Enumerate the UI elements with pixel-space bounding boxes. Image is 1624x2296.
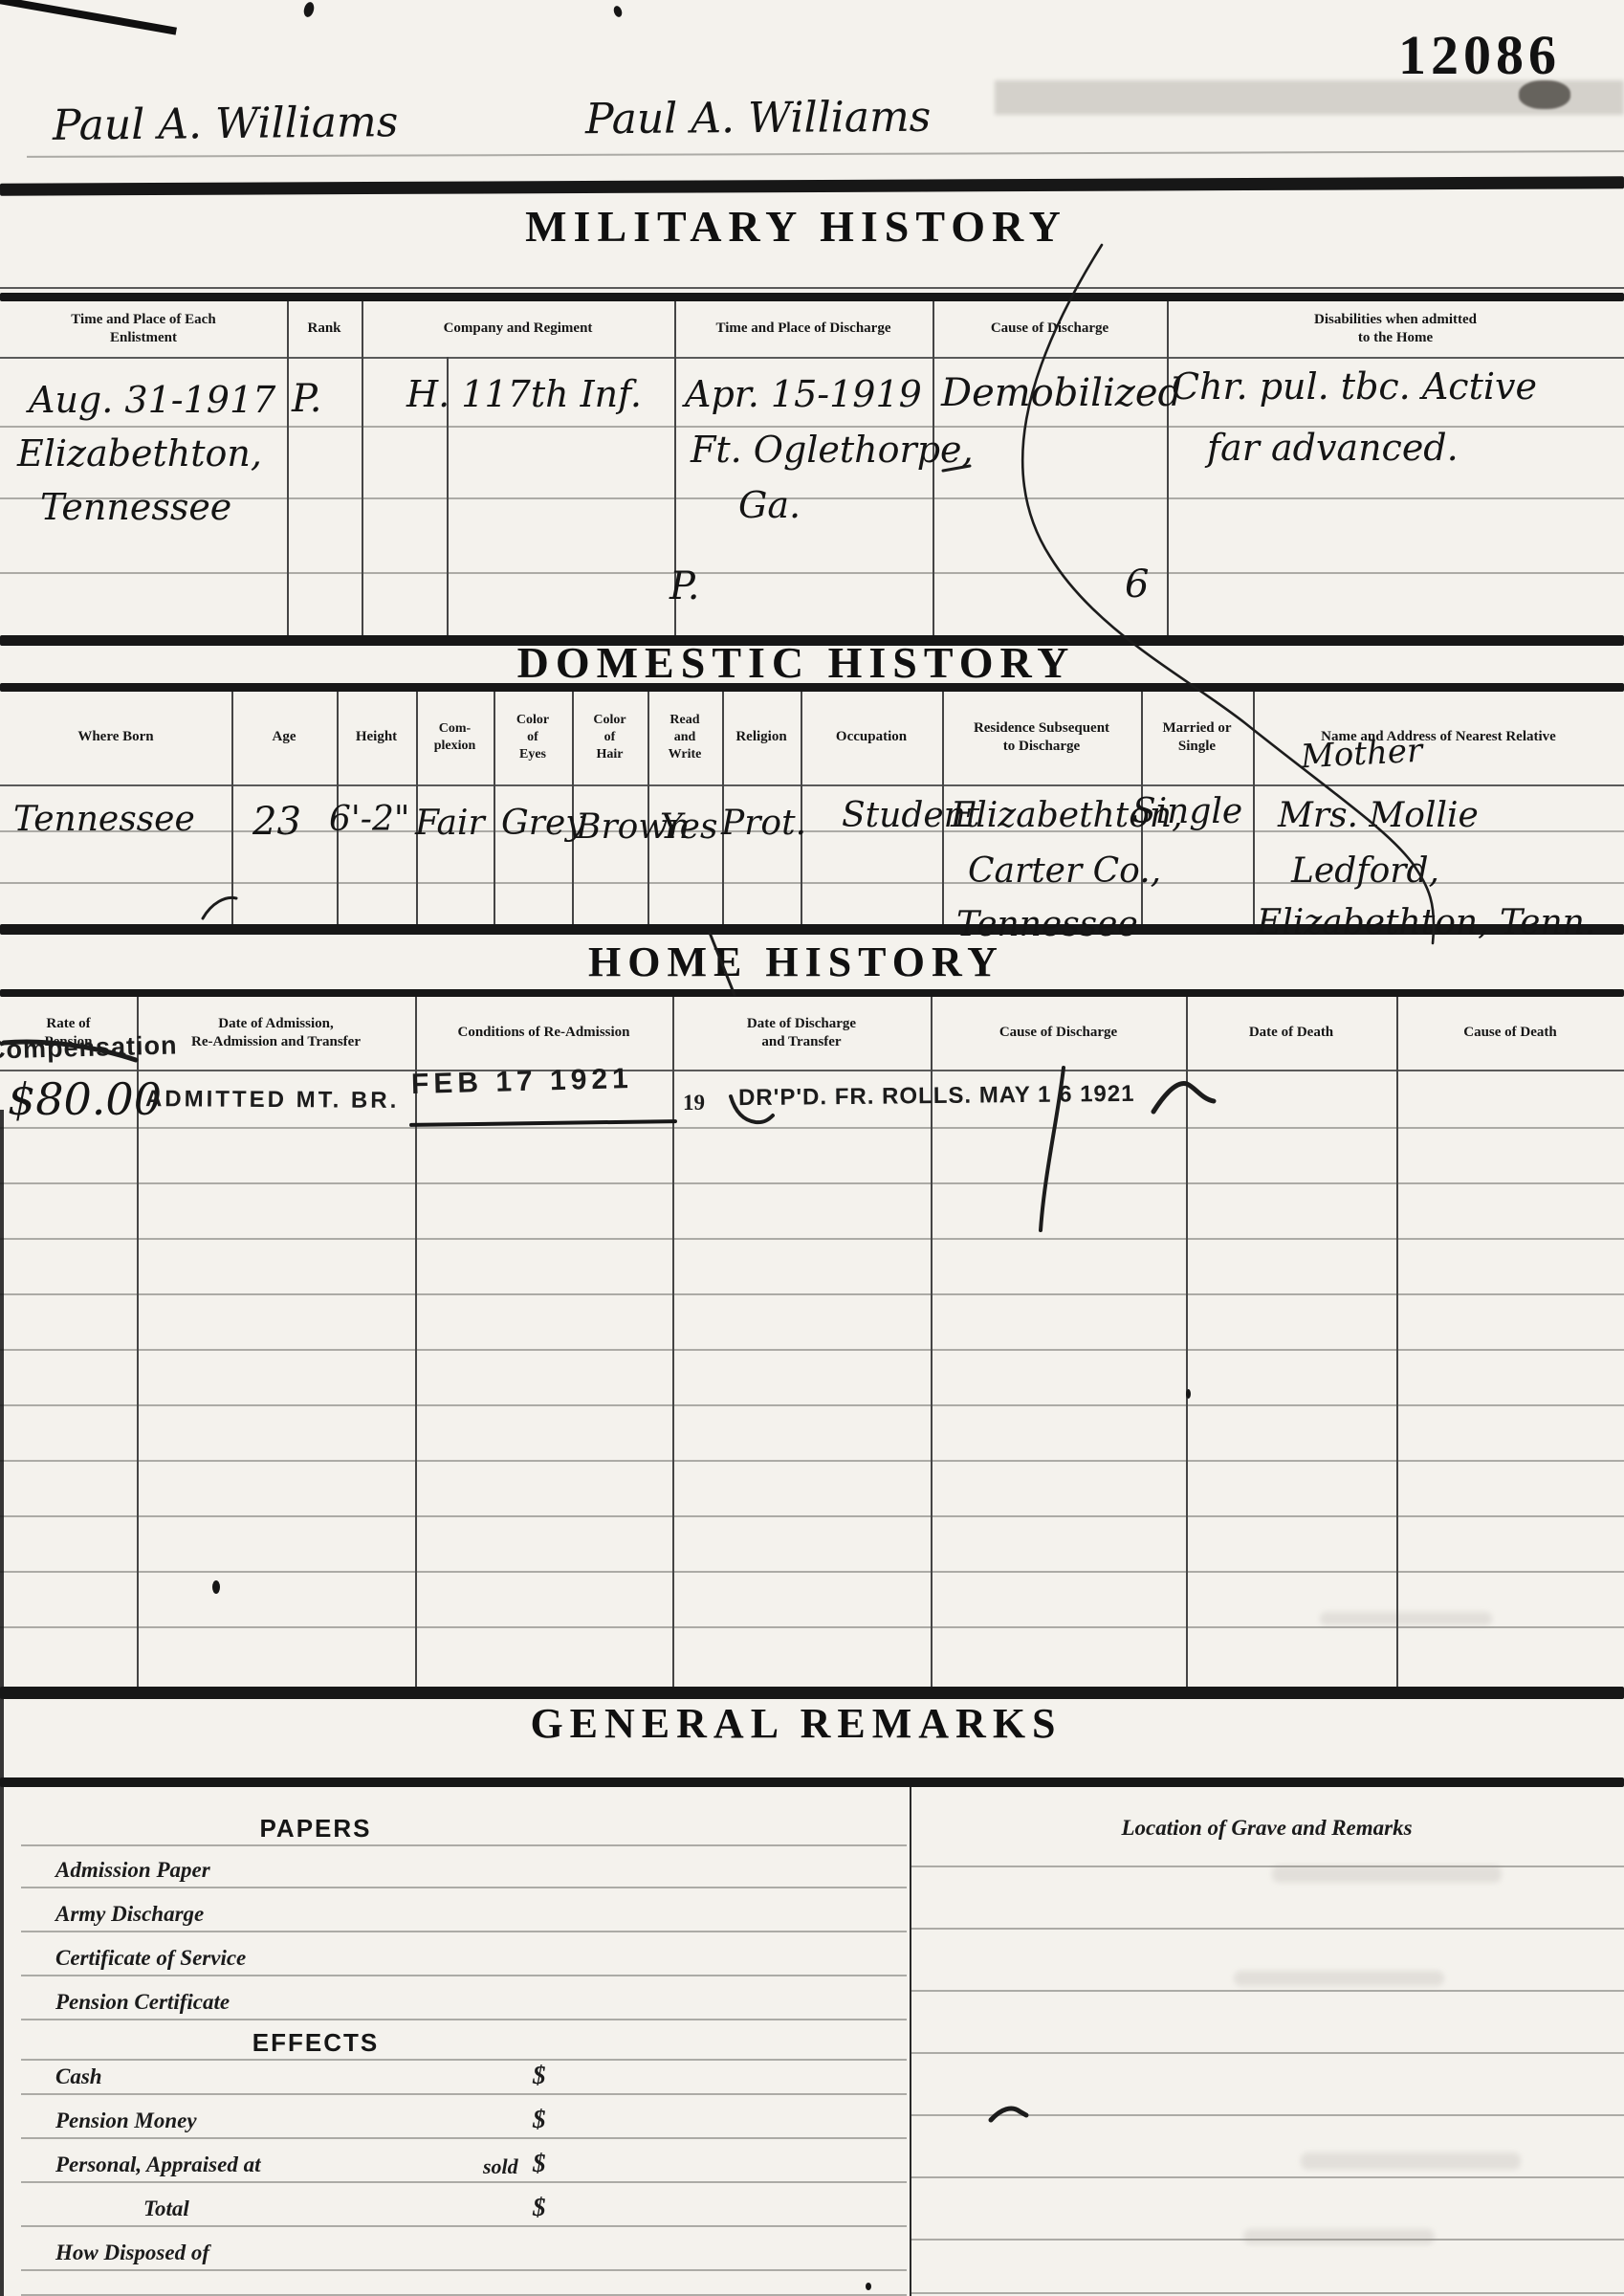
dollar-sign: $ <box>533 2061 546 2090</box>
entry-disabilities-line2: far advanced. <box>1207 427 1459 469</box>
ruled-line <box>910 1928 1624 1930</box>
entry-religion: Prot. <box>721 804 806 843</box>
compensation-stamp: Compensation <box>0 1030 178 1065</box>
entry-relative-line2: Ledford, <box>1291 851 1439 891</box>
dollar-sign: $ <box>533 2105 546 2134</box>
col-header-married-single: Married or Single <box>1141 692 1253 784</box>
entry-company: H. 117th Inf. <box>406 373 642 415</box>
effects-heading: EFFECTS <box>172 2028 459 2058</box>
printed-year: 19 <box>683 1091 705 1115</box>
effects-item-cash: Cash <box>55 2064 102 2089</box>
entry-discharge-date: Apr. 15-1919 <box>685 373 922 415</box>
col-header-complexion: Com- plexion <box>416 692 494 784</box>
papers-item-army-discharge: Army Discharge <box>55 1902 204 1927</box>
admitted-stamp: ADMITTED MT. BR. <box>145 1086 400 1115</box>
ruled-line <box>910 1990 1624 1992</box>
speck <box>302 1 316 18</box>
dollar-sign: $ <box>533 2149 546 2178</box>
col-header-eyes: Color of Eyes <box>494 692 572 784</box>
ruled-line <box>21 2137 907 2139</box>
col-header-where-born: Where Born <box>0 692 231 784</box>
ruled-line <box>21 1887 907 1888</box>
entry-complexion: Fair <box>415 804 485 843</box>
ruled-line <box>0 1404 1624 1406</box>
col-header-cause-death: Cause of Death <box>1396 997 1624 1070</box>
entry-age: 23 <box>252 800 301 844</box>
col-header-age: Age <box>231 692 337 784</box>
ruled-line <box>21 2019 907 2020</box>
col-header-enlistment: Time and Place of Each Enlistment <box>0 301 287 357</box>
general-remarks-title: GENERAL REMARKS <box>0 1699 1592 1748</box>
col-header-admission: Date of Admission, Re-Admission and Tran… <box>137 997 415 1070</box>
ruled-line <box>21 1844 907 1846</box>
ruled-line <box>0 1349 1624 1351</box>
effects-item-personal: Personal, Appraised at <box>55 2152 260 2177</box>
remarks-divider-line <box>910 1787 911 2296</box>
rule <box>0 1777 1624 1787</box>
stamp-underline <box>409 1119 677 1127</box>
speck <box>612 5 624 18</box>
dollar-sign: $ <box>533 2193 546 2222</box>
ruled-line <box>0 1182 1624 1184</box>
ruled-line <box>21 1975 907 1976</box>
pen-note-p: P. <box>669 564 700 608</box>
col-header-readmission: Conditions of Re-Admission <box>415 997 672 1070</box>
case-number: 12086 <box>1398 23 1561 87</box>
bleedthrough-smudge <box>1234 1971 1444 1986</box>
effects-item-pension-money: Pension Money <box>55 2108 197 2133</box>
col-header-company: Company and Regiment <box>362 301 674 357</box>
ruled-line <box>0 1626 1624 1628</box>
entry-residence-line2: Carter Co., <box>968 851 1161 891</box>
ruled-line <box>0 497 1624 499</box>
entry-read-write: Yes <box>660 807 717 847</box>
caret-mark <box>1153 1083 1214 1112</box>
entry-residence-line3: Tennessee <box>956 905 1138 944</box>
entry-enlistment-place: Elizabethton, <box>17 432 262 475</box>
entry-eyes: Grey <box>501 804 585 843</box>
col-header-hair: Color of Hair <box>572 692 647 784</box>
home-history-title: HOME HISTORY <box>0 938 1592 986</box>
rule <box>0 293 1624 301</box>
ruled-line <box>0 1293 1624 1295</box>
ruled-line <box>910 2052 1624 2054</box>
entry-cause-of-discharge: Demobilized <box>941 371 1182 415</box>
grid-line <box>1396 997 1398 1689</box>
papers-item-cert-service: Certificate of Service <box>55 1946 246 1971</box>
ruled-line <box>0 1515 1624 1517</box>
papers-item-pension-cert: Pension Certificate <box>55 1990 230 2015</box>
grave-heading: Location of Grave and Remarks <box>910 1816 1624 1841</box>
col-header-cause-discharge: Cause of Discharge <box>931 997 1186 1070</box>
col-header-religion: Religion <box>722 692 801 784</box>
entry-relative-label: Mother <box>1300 732 1423 777</box>
domestic-history-title: DOMESTIC HISTORY <box>0 637 1592 688</box>
rule <box>0 357 1624 359</box>
bleedthrough-smudge <box>1301 2152 1521 2170</box>
bleedthrough-smudge <box>1243 2229 1435 2244</box>
rule <box>0 287 1624 289</box>
name-written-right: Paul A. Williams <box>585 93 932 144</box>
bleedthrough-smudge <box>1272 1865 1502 1883</box>
ruled-line <box>21 2181 907 2183</box>
rule <box>0 1070 1624 1071</box>
effects-item-total: Total <box>143 2197 189 2221</box>
record-document-page: 12086 Paul A. Williams Paul A. Williams … <box>0 0 1624 2296</box>
name-written-left: Paul A. Williams <box>53 98 399 150</box>
entry-height: 6'-2" <box>329 800 409 839</box>
dropped-from-rolls-stamp: DR'P'D. FR. ROLLS. MAY 1 6 1921 <box>738 1081 1135 1112</box>
speck <box>1186 1389 1191 1399</box>
col-header-cause: Cause of Discharge <box>933 301 1167 357</box>
col-header-height: Height <box>337 692 416 784</box>
ruled-line <box>0 1571 1624 1573</box>
ruled-line <box>21 2225 907 2227</box>
entry-enlistment-date: Aug. 31-1917 <box>29 379 275 421</box>
entry-rank: P. <box>292 377 322 421</box>
scan-streak <box>0 0 177 35</box>
entry-discharge-place: Ft. Oglethorpe, <box>691 429 974 471</box>
col-header-date-death: Date of Death <box>1186 997 1396 1070</box>
speck <box>866 2283 871 2290</box>
entry-where-born: Tennessee <box>13 800 195 839</box>
grid-line <box>1186 997 1188 1689</box>
entry-disabilities-line1: Chr. pul. tbc. Active <box>1172 365 1537 408</box>
sold-label: sold <box>483 2154 518 2179</box>
entry-married-single: Single <box>1132 792 1242 831</box>
ruled-line <box>0 1127 1624 1129</box>
col-header-discharge: Time and Place of Discharge <box>674 301 933 357</box>
col-header-discharge-transfer: Date of Discharge and Transfer <box>672 997 931 1070</box>
ruled-line <box>0 572 1624 574</box>
col-header-disabilities: Disabilities when admitted to the Home <box>1167 301 1624 357</box>
entry-discharge-state: Ga. <box>738 484 801 526</box>
rule-top-thick <box>0 176 1624 195</box>
ruled-line <box>910 2176 1624 2178</box>
ruled-line <box>910 1865 1624 1867</box>
col-header-read-write: Read and Write <box>647 692 722 784</box>
ink-blot <box>1519 80 1570 109</box>
admission-date-stamp: FEB 17 1921 <box>411 1063 634 1101</box>
rule <box>0 989 1624 997</box>
military-history-title: MILITARY HISTORY <box>0 201 1592 252</box>
effects-item-how-disposed: How Disposed of <box>55 2241 209 2265</box>
ruled-line <box>910 2114 1624 2116</box>
ruled-line <box>21 1931 907 1932</box>
bleedthrough-smudge <box>1320 1612 1492 1625</box>
ruled-line <box>0 1460 1624 1462</box>
col-header-rank: Rank <box>287 301 362 357</box>
entry-relative-line1: Mrs. Mollie <box>1278 796 1479 835</box>
ruled-line <box>21 2059 907 2061</box>
rule <box>0 1687 1624 1699</box>
ruled-line <box>21 2093 907 2095</box>
entry-enlistment-state: Tennessee <box>40 486 231 528</box>
papers-item-admission: Admission Paper <box>55 1858 210 1883</box>
rule <box>0 784 1624 786</box>
ruled-line <box>21 2269 907 2271</box>
entry-relative-line3: Elizabethton, Tenn. <box>1257 903 1595 942</box>
col-header-occupation: Occupation <box>801 692 942 784</box>
pen-note-six: 6 <box>1125 563 1149 607</box>
grid-line <box>672 997 674 1689</box>
papers-heading: PAPERS <box>172 1814 459 1843</box>
col-header-residence: Residence Subsequent to Discharge <box>942 692 1141 784</box>
entry-rate-amount: $80.00 <box>8 1073 162 1125</box>
ruled-line <box>0 1238 1624 1240</box>
ruled-line <box>910 2292 1624 2294</box>
speck <box>212 1580 220 1594</box>
name-underline <box>27 150 1624 158</box>
